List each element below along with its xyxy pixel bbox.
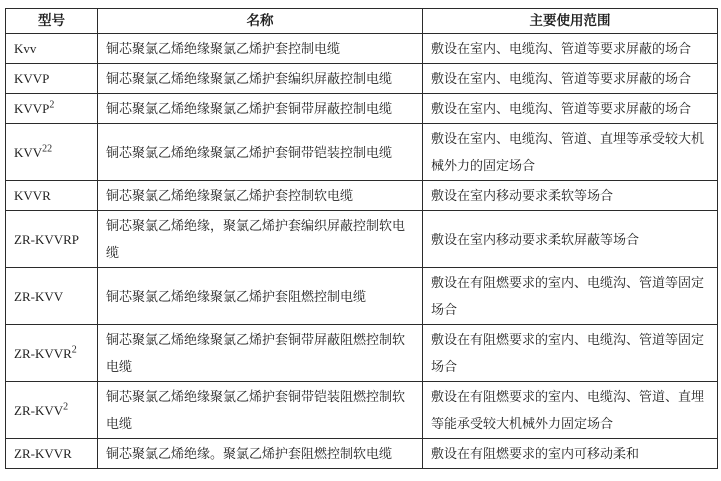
table-row: ZR-KVV 铜芯聚氯乙烯绝缘聚氯乙烯护套阻燃控制电缆 敷设在有阻燃要求的室内、… xyxy=(6,268,718,325)
column-header-model: 型号 xyxy=(6,9,98,34)
model-text: ZR-KVV xyxy=(14,403,63,418)
name-cell: 铜芯聚氯乙烯绝缘聚氯乙烯护套控制软电缆 xyxy=(98,181,423,211)
table-row: ZR-KVVR 铜芯聚氯乙烯绝缘。聚氯乙烯护套阻燃控制软电缆 敷设在有阻燃要求的… xyxy=(6,439,718,469)
header-row: 型号 名称 主要使用范围 xyxy=(6,9,718,34)
range-cell: 敷设在有阻燃要求的室内、电缆沟、管道、直埋等能承受较大机械外力固定场合 xyxy=(423,382,718,439)
model-cell: KVVP2 xyxy=(6,94,98,124)
model-cell: KVV22 xyxy=(6,124,98,181)
range-cell: 敷设在有阻燃要求的室内、电缆沟、管道等固定场合 xyxy=(423,325,718,382)
model-cell: KVVP xyxy=(6,64,98,94)
cable-spec-table: 型号 名称 主要使用范围 Kvv 铜芯聚氯乙烯绝缘聚氯乙烯护套控制电缆 敷设在室… xyxy=(5,8,718,469)
table-row: ZR-KVV2 铜芯聚氯乙烯绝缘聚氯乙烯护套铜带铠装阻燃控制软电缆 敷设在有阻燃… xyxy=(6,382,718,439)
name-cell: 铜芯聚氯乙烯绝缘聚氯乙烯护套铜带屏蔽控制电缆 xyxy=(98,94,423,124)
range-cell: 敷设在有阻燃要求的室内、电缆沟、管道等固定场合 xyxy=(423,268,718,325)
table-row: ZR-KVVRP 铜芯聚氯乙烯绝缘，聚氯乙烯护套编织屏蔽控制软电缆 敷设在室内移… xyxy=(6,211,718,268)
model-cell: ZR-KVV2 xyxy=(6,382,98,439)
range-cell: 敷设在室内、电缆沟、管道等要求屏蔽的场合 xyxy=(423,64,718,94)
model-cell: ZR-KVV xyxy=(6,268,98,325)
model-text: Kvv xyxy=(14,41,36,56)
model-text: ZR-KVV xyxy=(14,289,63,304)
model-text: KVVP xyxy=(14,101,49,116)
model-superscript: 2 xyxy=(63,401,68,412)
model-text: KVV xyxy=(14,145,42,160)
model-text: ZR-KVVR xyxy=(14,446,72,461)
table-row: KVVP2 铜芯聚氯乙烯绝缘聚氯乙烯护套铜带屏蔽控制电缆 敷设在室内、电缆沟、管… xyxy=(6,94,718,124)
table-row: KVVR 铜芯聚氯乙烯绝缘聚氯乙烯护套控制软电缆 敷设在室内移动要求柔软等场合 xyxy=(6,181,718,211)
model-text: ZR-KVVR xyxy=(14,346,72,361)
model-cell: KVVR xyxy=(6,181,98,211)
range-cell: 敷设在有阻燃要求的室内可移动柔和 xyxy=(423,439,718,469)
name-cell: 铜芯聚氯乙烯绝缘。聚氯乙烯护套阻燃控制软电缆 xyxy=(98,439,423,469)
table-row: KVV22 铜芯聚氯乙烯绝缘聚氯乙烯护套铜带铠装控制电缆 敷设在室内、电缆沟、管… xyxy=(6,124,718,181)
model-cell: ZR-KVVRP xyxy=(6,211,98,268)
name-cell: 铜芯聚氯乙烯绝缘聚氯乙烯护套铜带铠装阻燃控制软电缆 xyxy=(98,382,423,439)
name-cell: 铜芯聚氯乙烯绝缘聚氯乙烯护套阻燃控制电缆 xyxy=(98,268,423,325)
model-cell: Kvv xyxy=(6,34,98,64)
model-superscript: 22 xyxy=(42,143,52,154)
name-cell: 铜芯聚氯乙烯绝缘聚氯乙烯护套铜带铠装控制电缆 xyxy=(98,124,423,181)
column-header-range: 主要使用范围 xyxy=(423,9,718,34)
model-cell: ZR-KVVR xyxy=(6,439,98,469)
range-cell: 敷设在室内、电缆沟、管道等要求屏蔽的场合 xyxy=(423,34,718,64)
range-cell: 敷设在室内移动要求柔软屏蔽等场合 xyxy=(423,211,718,268)
model-text: ZR-KVVRP xyxy=(14,232,79,247)
document-page: 型号 名称 主要使用范围 Kvv 铜芯聚氯乙烯绝缘聚氯乙烯护套控制电缆 敷设在室… xyxy=(0,0,721,481)
name-cell: 铜芯聚氯乙烯绝缘聚氯乙烯护套编织屏蔽控制电缆 xyxy=(98,64,423,94)
name-cell: 铜芯聚氯乙烯绝缘，聚氯乙烯护套编织屏蔽控制软电缆 xyxy=(98,211,423,268)
model-superscript: 2 xyxy=(49,100,54,111)
range-cell: 敷设在室内、电缆沟、管道、直埋等承受较大机械外力的固定场合 xyxy=(423,124,718,181)
table-row: ZR-KVVR2 铜芯聚氯乙烯绝缘聚氯乙烯护套铜带屏蔽阻燃控制软电缆 敷设在有阻… xyxy=(6,325,718,382)
model-text: KVVR xyxy=(14,188,51,203)
name-cell: 铜芯聚氯乙烯绝缘聚氯乙烯护套控制电缆 xyxy=(98,34,423,64)
range-cell: 敷设在室内移动要求柔软等场合 xyxy=(423,181,718,211)
table-row: KVVP 铜芯聚氯乙烯绝缘聚氯乙烯护套编织屏蔽控制电缆 敷设在室内、电缆沟、管道… xyxy=(6,64,718,94)
table-row: Kvv 铜芯聚氯乙烯绝缘聚氯乙烯护套控制电缆 敷设在室内、电缆沟、管道等要求屏蔽… xyxy=(6,34,718,64)
model-text: KVVP xyxy=(14,71,49,86)
model-superscript: 2 xyxy=(72,344,77,355)
model-cell: ZR-KVVR2 xyxy=(6,325,98,382)
name-cell: 铜芯聚氯乙烯绝缘聚氯乙烯护套铜带屏蔽阻燃控制软电缆 xyxy=(98,325,423,382)
column-header-name: 名称 xyxy=(98,9,423,34)
range-cell: 敷设在室内、电缆沟、管道等要求屏蔽的场合 xyxy=(423,94,718,124)
